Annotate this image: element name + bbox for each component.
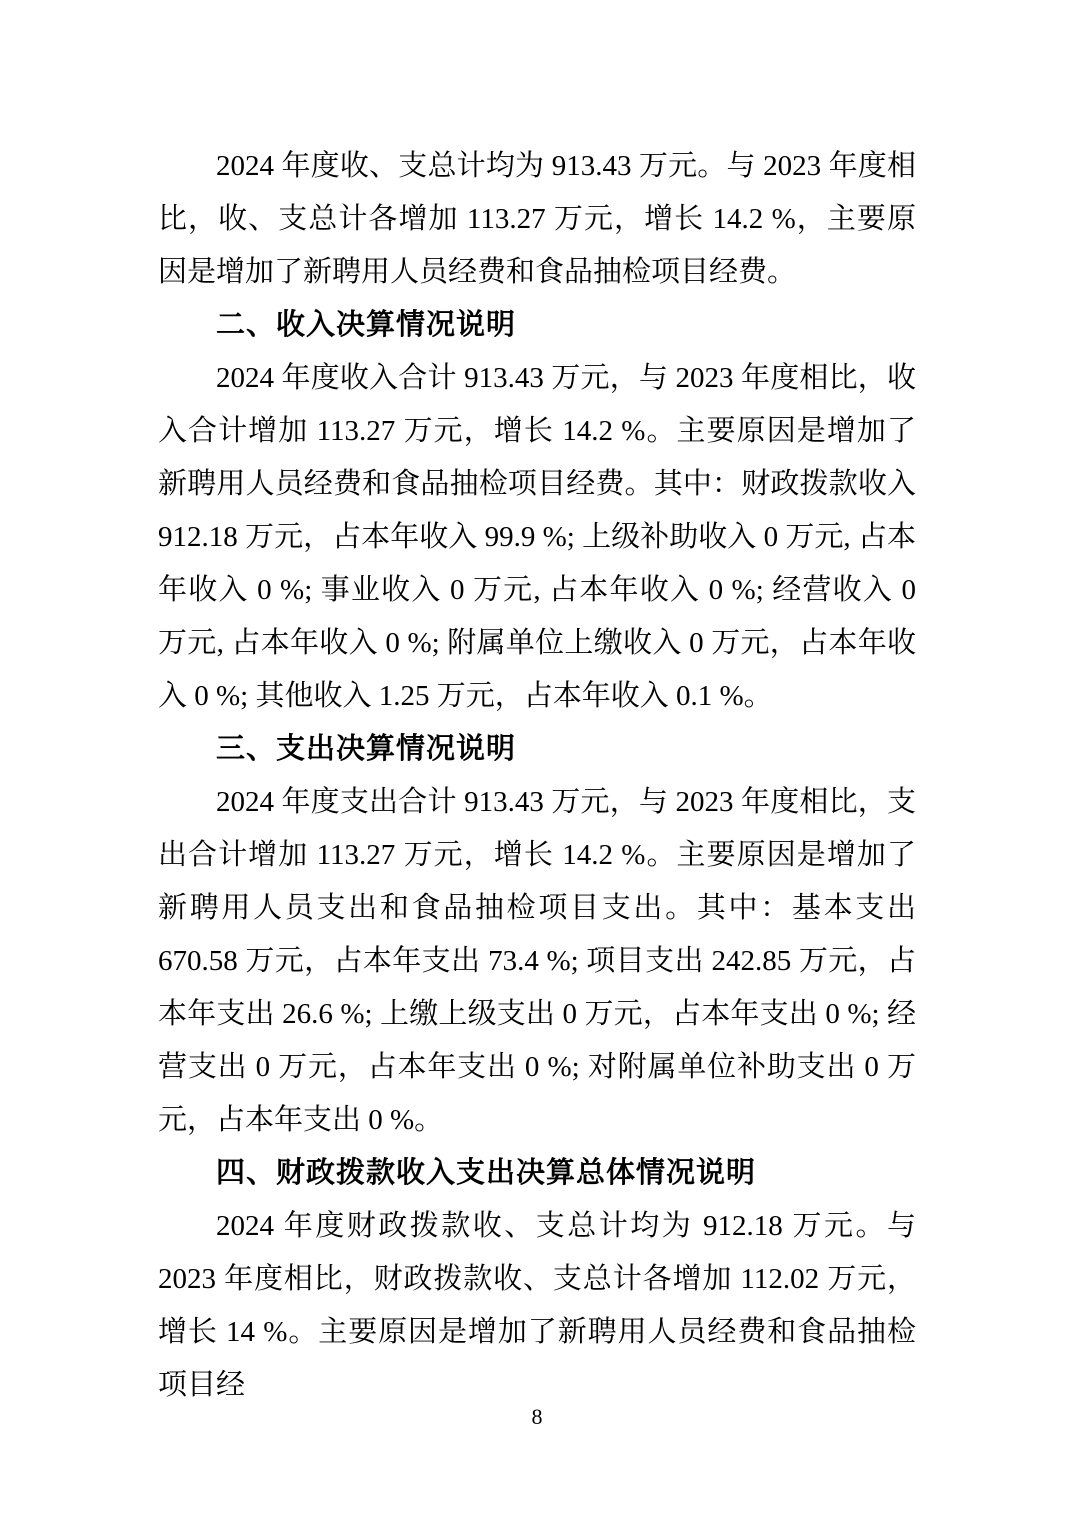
paragraph-fiscal-appropriation-detail: 2024 年度财政拨款收、支总计均为 912.18 万元。与 2023 年度相比… — [158, 1200, 916, 1412]
section-heading-income-settlement: 二、收入决算情况说明 — [158, 299, 916, 352]
page-number: 8 — [0, 1404, 1074, 1430]
document-page: 2024 年度收、支总计均为 913.43 万元。与 2023 年度相比，收、支… — [0, 0, 1074, 1520]
section-heading-expense-settlement: 三、支出决算情况说明 — [158, 723, 916, 776]
paragraph-expense-settlement-detail: 2024 年度支出合计 913.43 万元，与 2023 年度相比，支出合计增加… — [158, 776, 916, 1147]
paragraph-income-settlement-detail: 2024 年度收入合计 913.43 万元，与 2023 年度相比，收入合计增加… — [158, 352, 916, 723]
document-content: 2024 年度收、支总计均为 913.43 万元。与 2023 年度相比，收、支… — [158, 140, 916, 1412]
section-heading-fiscal-appropriation-overview: 四、财政拨款收入支出决算总体情况说明 — [158, 1147, 916, 1200]
paragraph-total-income-expense-summary: 2024 年度收、支总计均为 913.43 万元。与 2023 年度相比，收、支… — [158, 140, 916, 299]
